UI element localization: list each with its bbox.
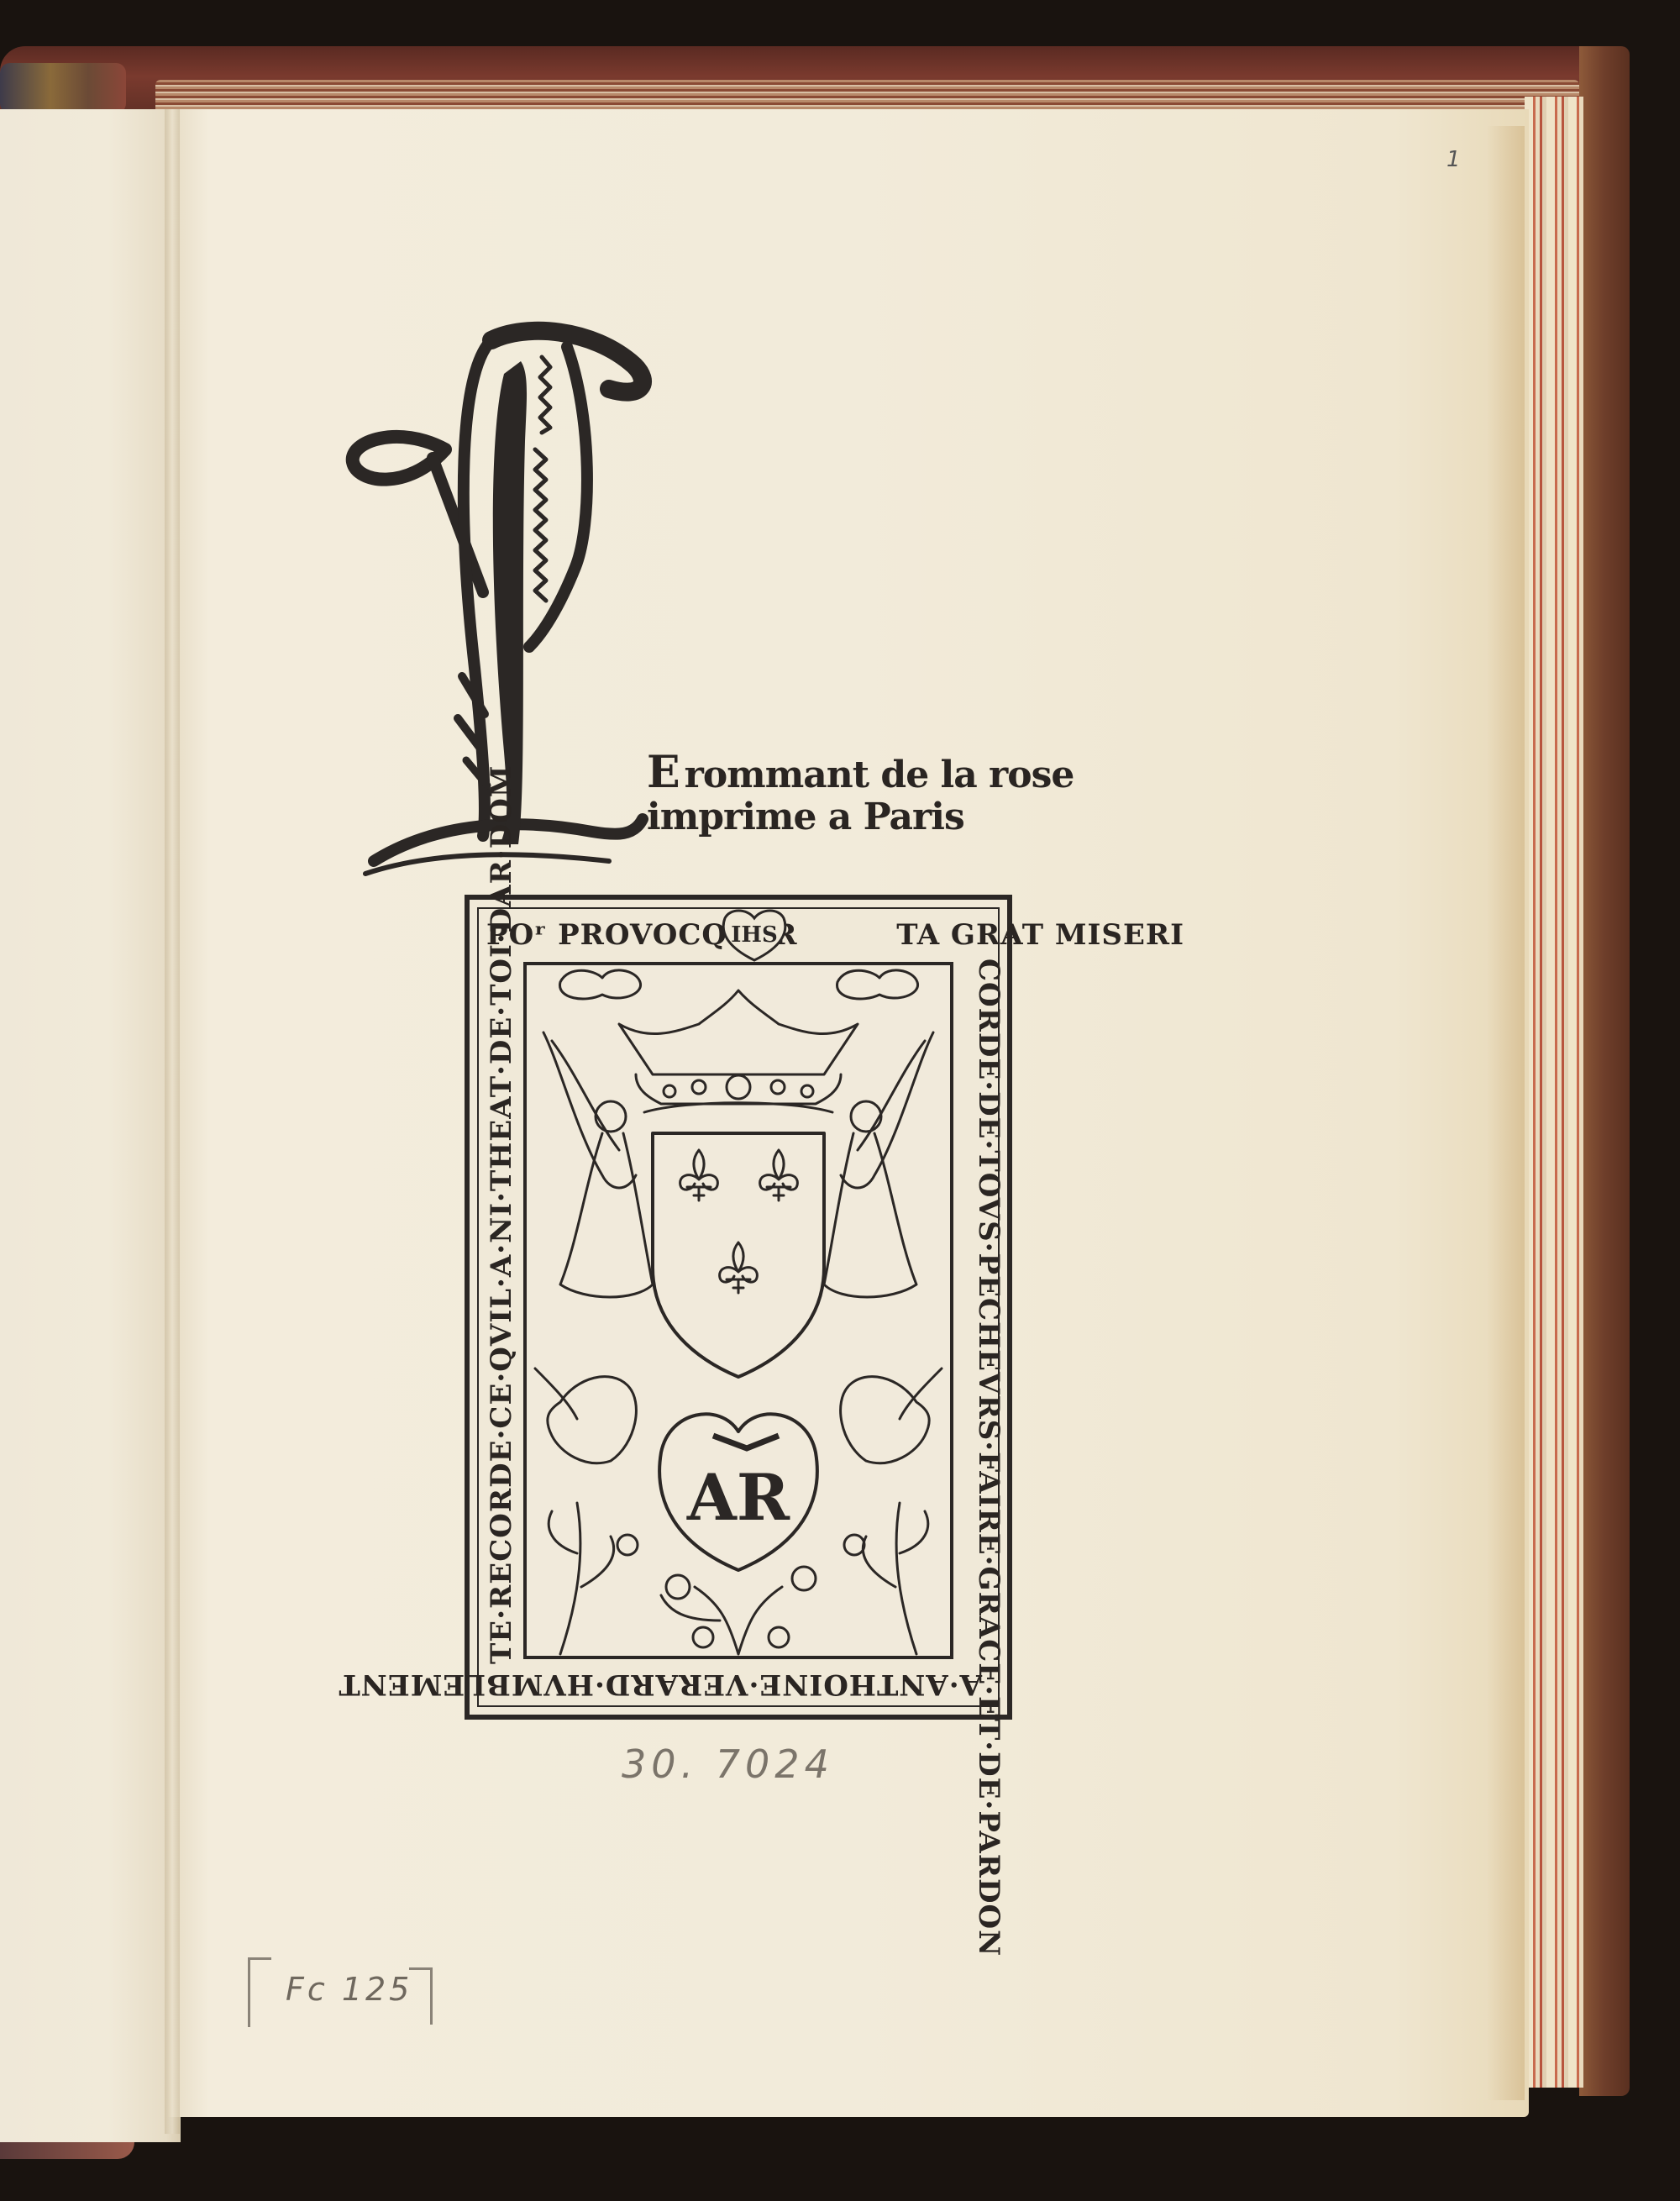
marbled-cover-left [0, 63, 126, 113]
woodcut-border-bottom: A·ANTHOINE·VERARD·HVMBLEMENT [495, 1664, 982, 1705]
title-block: Erommant de la rose imprime a Paris [647, 752, 1074, 838]
page-edge-shadow [1487, 126, 1525, 2100]
royal-arms-illustration-icon: AR [527, 965, 950, 1656]
bracketed-old-shelfmark: Fc 125 [248, 1957, 433, 2020]
border-top-right-text: TA GRAT MISERI [896, 918, 1184, 952]
book-gutter [165, 109, 180, 2134]
svg-text:IHS: IHS [731, 922, 778, 948]
title-capital: E [647, 747, 680, 798]
title-line-1: Erommant de la rose [647, 752, 1074, 796]
book-binding-right [1579, 46, 1630, 2096]
page-stack-top-edge [155, 80, 1579, 113]
bracket-left [248, 1957, 271, 2027]
old-shelfmark-text: Fc 125 [286, 1971, 412, 2008]
pencil-shelfmark: 30. 7024 [622, 1741, 834, 1787]
page-stack-fore-edge [1525, 97, 1583, 2088]
woodcut-picture-panel: AR [523, 962, 953, 1659]
left-page [0, 109, 181, 2142]
ihs-heart-icon: IHS [718, 906, 790, 962]
folio-number: 1 [1446, 147, 1461, 172]
woodcut-border-left: TE·RECORDE·CE·QVIL·A·NI·THEAT·DE·TOI·DAR… [485, 959, 518, 1664]
woodcut-border-right: CORDE·DE·TOVS·PECHEVRS·FAIRE·GRACE·ET·DE… [972, 959, 1005, 1664]
title-line-1-text: rommant de la rose [685, 754, 1074, 796]
printer-device-woodcut: POʳ PROVOCQVER TA GRAT MISERI IHS CORDE·… [465, 895, 1012, 1720]
avr-monogram: AR [686, 1460, 790, 1535]
title-line-2: imprime a Paris [647, 796, 1074, 838]
